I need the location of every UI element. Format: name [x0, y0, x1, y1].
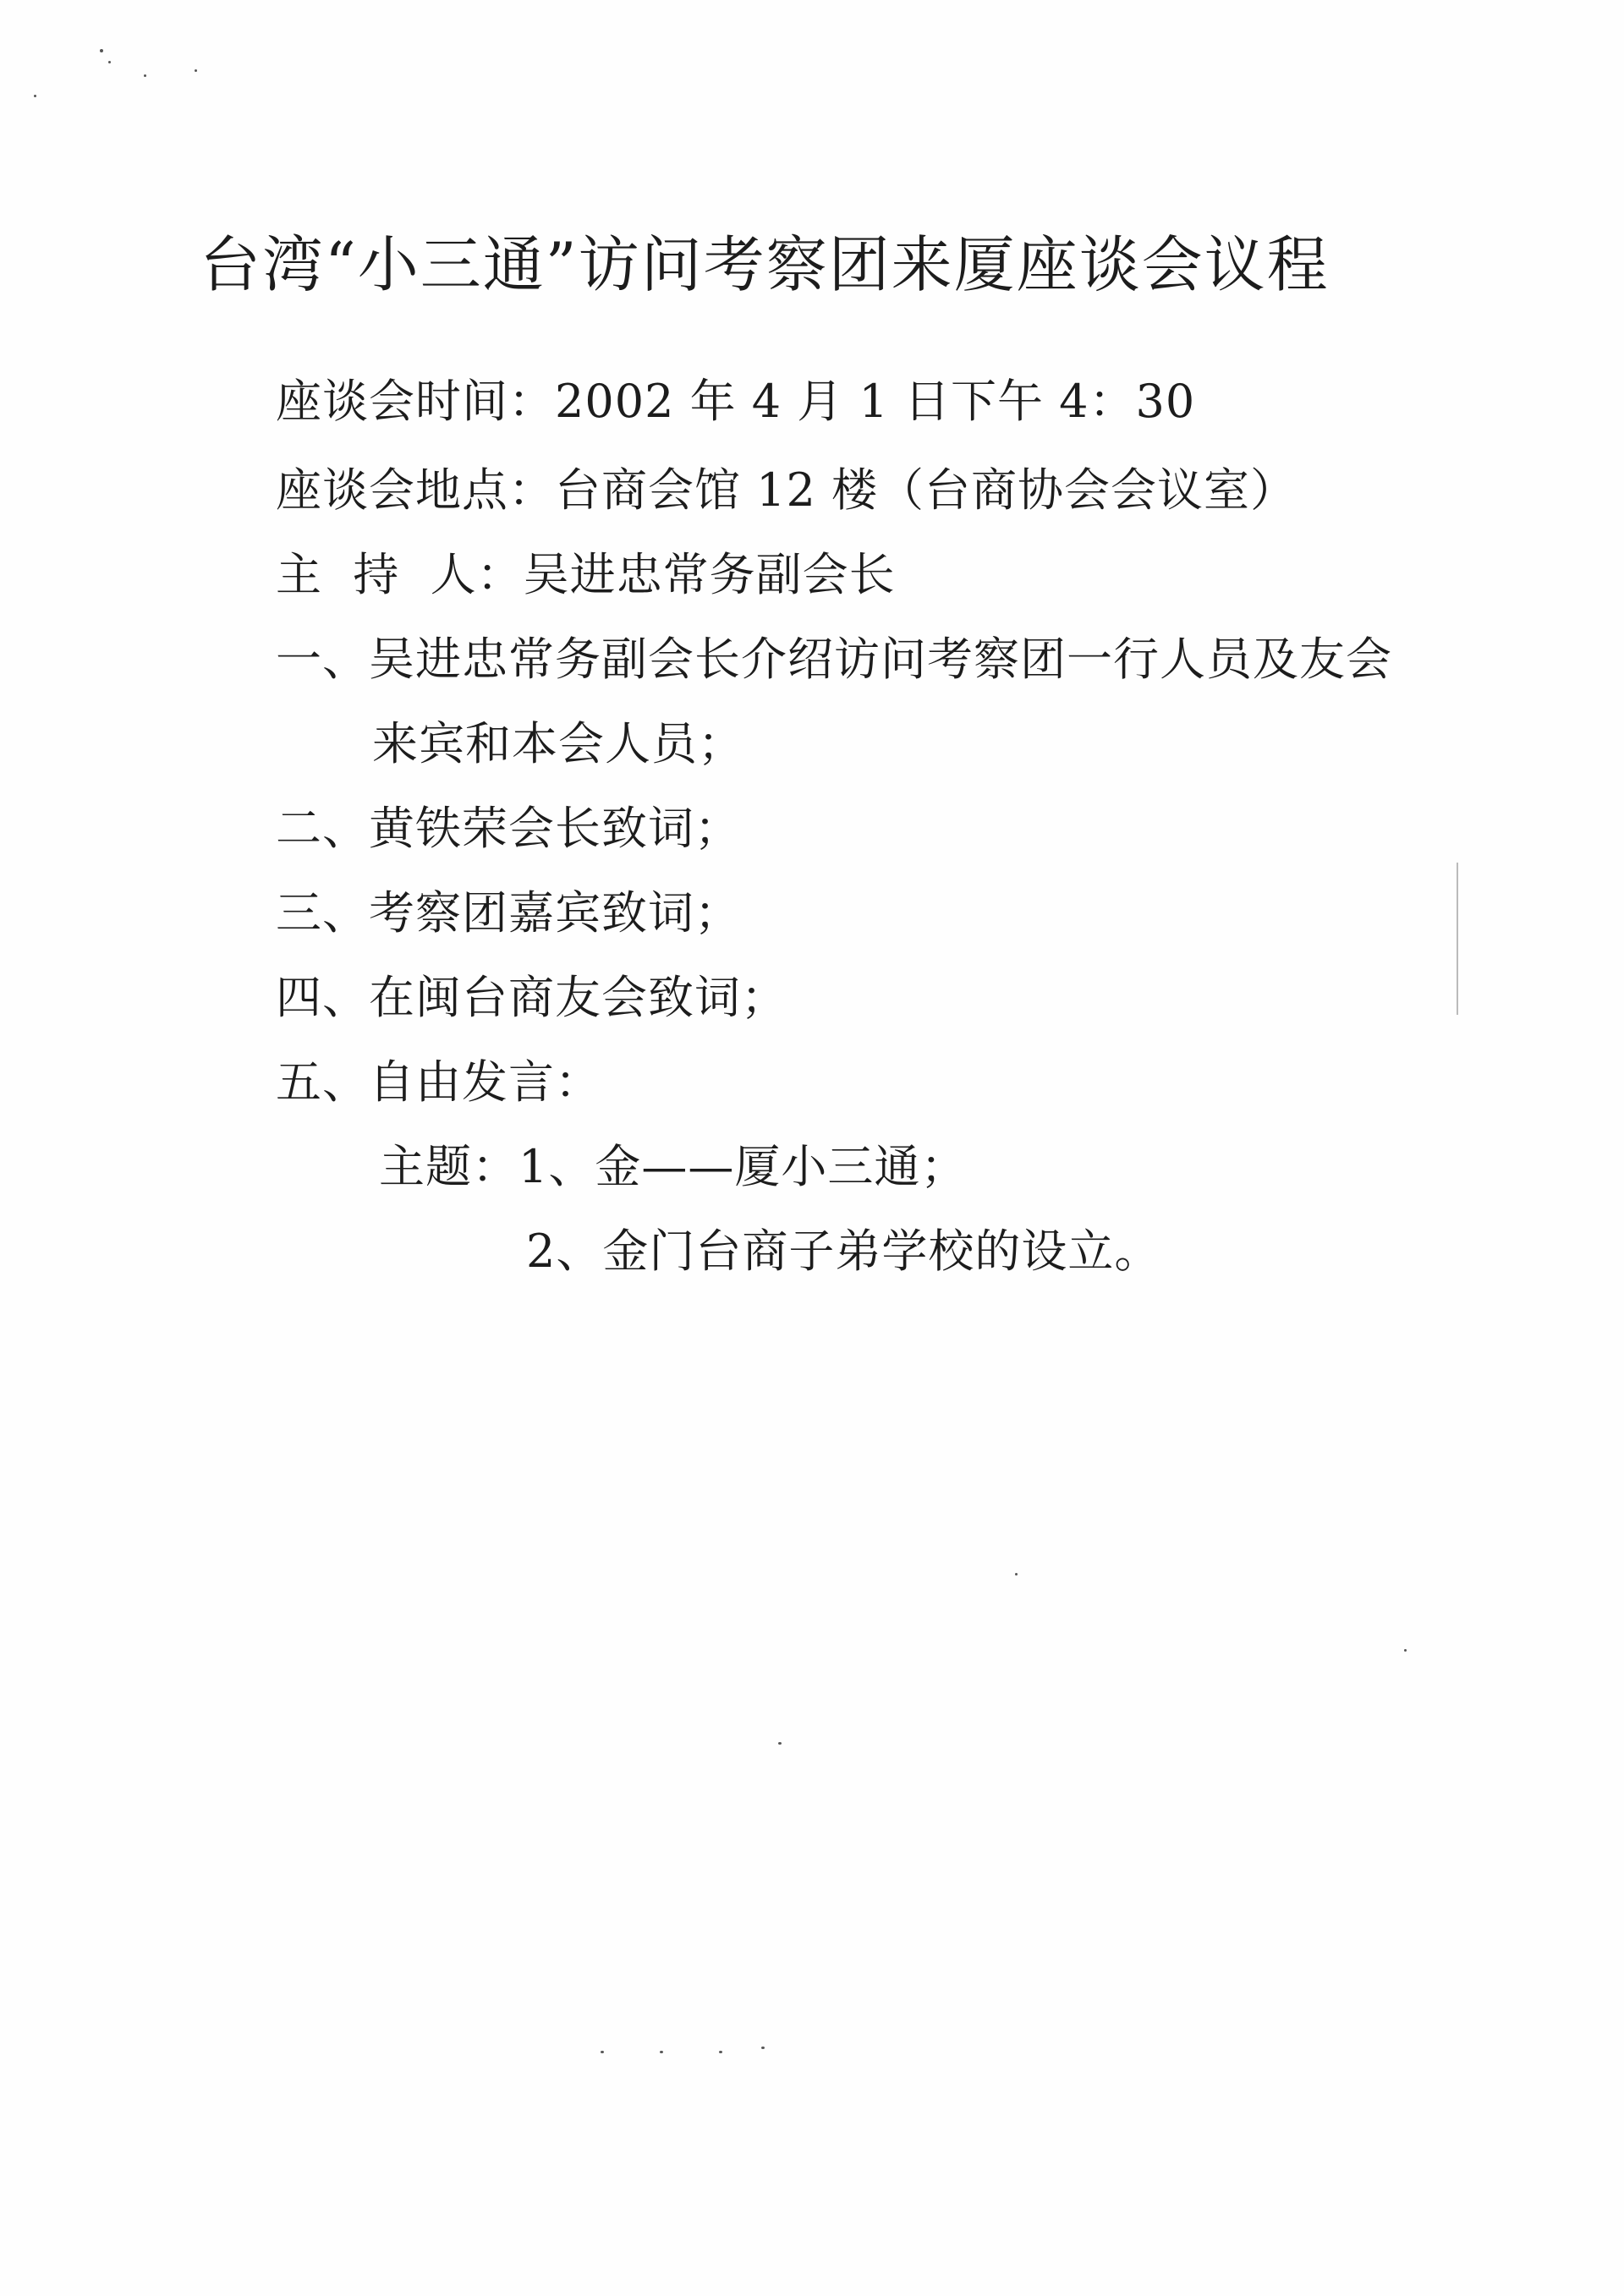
agenda-item-4: 四、在闽台商友会致词； [276, 968, 787, 1027]
scan-speck [719, 2051, 722, 2053]
agenda-item-text: 自由发言： [369, 1053, 601, 1112]
meeting-time-value: 2002 年 4 月 1 日下午 4：30 [555, 372, 1195, 431]
agenda-item-2: 二、黄铁荣会长致词； [276, 799, 741, 858]
agenda-item-text: 考察团嘉宾致词； [369, 884, 741, 943]
meeting-host-value: 吴进忠常务副会长 [524, 545, 896, 605]
agenda-item-3: 三、考察团嘉宾致词； [276, 884, 741, 943]
scan-speck [144, 74, 146, 77]
scan-speck [601, 2051, 604, 2053]
scan-speck [1404, 1649, 1407, 1652]
scan-speck [660, 2051, 663, 2053]
topic-item: 2、金门台商子弟学校的设立。 [526, 1222, 1160, 1281]
agenda-item-number: 五、 [276, 1053, 369, 1112]
scan-speck [195, 69, 197, 72]
agenda-item-text: 黄铁荣会长致词； [369, 799, 741, 858]
scan-speck [778, 1742, 782, 1745]
agenda-item-1-continuation: 来宾和本会人员； [372, 715, 744, 774]
meeting-location-line: 座谈会地点：台商会馆 12 楼（台商协会会议室） [276, 461, 1297, 520]
scan-speck [100, 49, 103, 52]
meeting-time-label: 座谈会时间： [276, 372, 555, 431]
meeting-host-line: 主 持 人：吴进忠常务副会长 [276, 545, 896, 605]
meeting-host-label: 主 持 人： [276, 545, 524, 605]
agenda-item-text: 在闽台商友会致词； [369, 968, 787, 1027]
meeting-time-line: 座谈会时间：2002 年 4 月 1 日下午 4：30 [276, 372, 1195, 431]
document-title: 台湾“小三通”访问考察团来厦座谈会议程 [200, 222, 1468, 307]
agenda-item-1: 一、吴进忠常务副会长介绍访问考察团一行人员及友会 [276, 630, 1392, 689]
agenda-item-5: 五、自由发言： [276, 1053, 601, 1112]
agenda-item-text: 吴进忠常务副会长介绍访问考察团一行人员及友会 [369, 630, 1392, 689]
scan-speck [34, 95, 36, 97]
agenda-item-number: 一、 [276, 630, 369, 689]
scan-speck [108, 61, 111, 63]
agenda-item-number: 二、 [276, 799, 369, 858]
agenda-item-number: 三、 [276, 884, 369, 943]
topic-item: 1、金——厦小三通； [518, 1137, 967, 1197]
scanned-document-page: 台湾“小三通”访问考察团来厦座谈会议程 座谈会时间：2002 年 4 月 1 日… [0, 0, 1624, 2296]
meeting-location-label: 座谈会地点： [276, 461, 555, 520]
scan-speck [761, 2047, 765, 2049]
topics-label: 主题： [379, 1137, 518, 1197]
scan-speck [1015, 1573, 1018, 1575]
agenda-item-number: 四、 [276, 968, 369, 1027]
agenda-item-text: 来宾和本会人员； [372, 715, 744, 774]
scan-edge-mark [1457, 863, 1458, 1015]
topic-line-2: 2、金门台商子弟学校的设立。 [526, 1222, 1160, 1281]
topic-line-1: 主题：1、金——厦小三通； [379, 1137, 967, 1197]
meeting-location-value: 台商会馆 12 楼（台商协会会议室） [555, 461, 1297, 520]
